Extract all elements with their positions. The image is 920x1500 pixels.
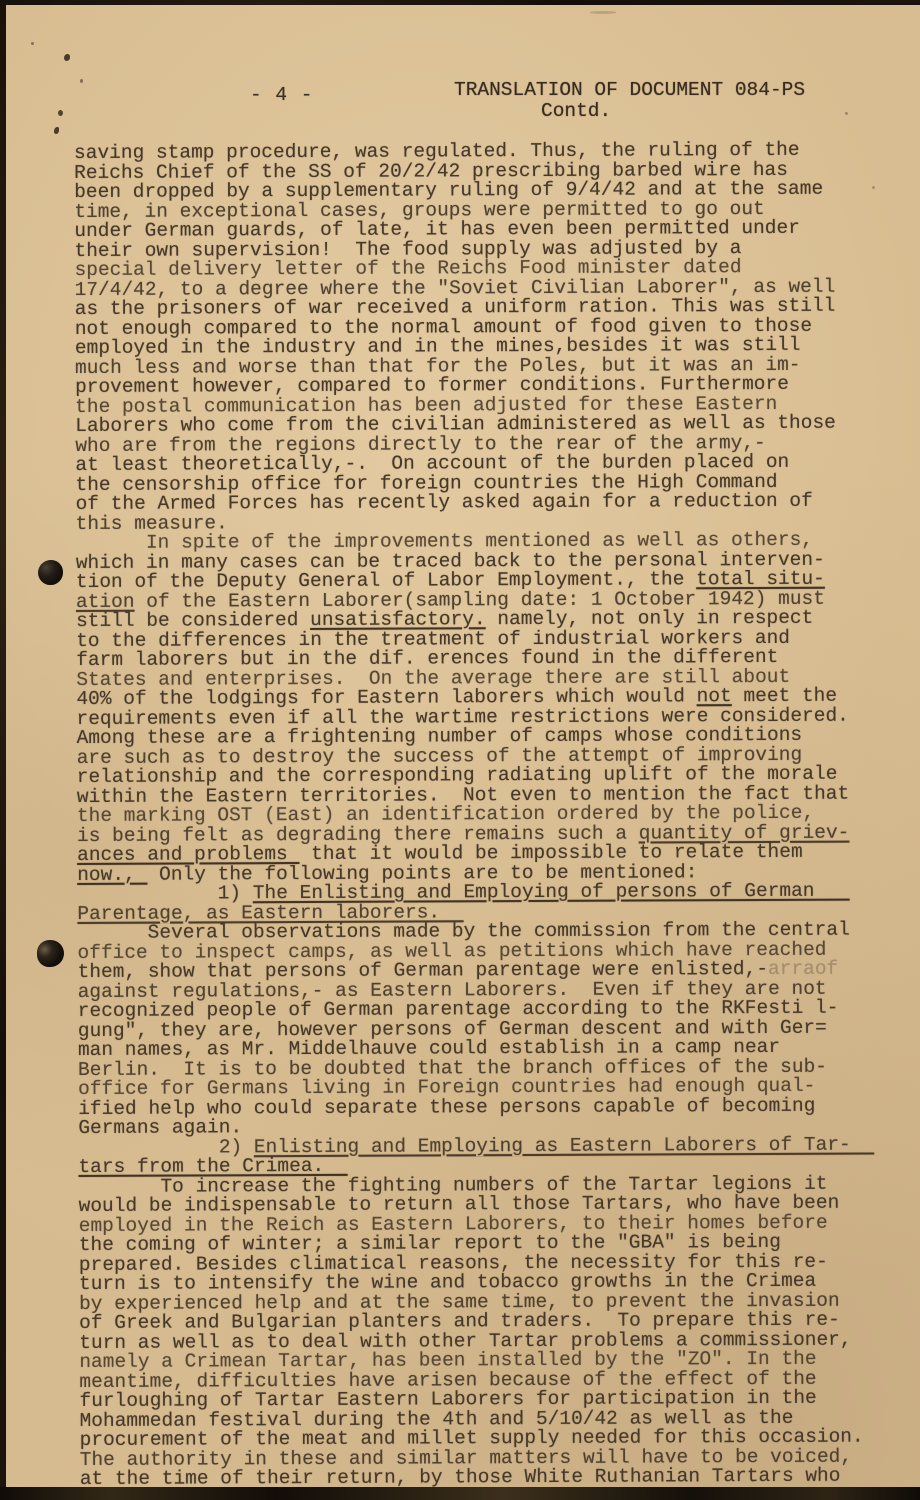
scanned-document-page: - 4 - TRANSLATION OF DOCUMENT 084-PS Con… [0,0,920,1500]
document-header-title: TRANSLATION OF DOCUMENT 084-PS [454,79,805,101]
text-segment: by experienced help and at the same time… [79,1289,840,1314]
ink-speck [54,127,59,134]
document-line: 17/4/42, to a degree where the "Soviet C… [75,277,871,300]
text-segment: meantime, difficulties have arisen becau… [79,1367,816,1392]
text-segment: 2) [78,1136,254,1159]
document-header-subtitle: Contd. [541,100,611,122]
document-line: against regulations,- as Eastern Laborer… [78,979,874,1002]
document-line: 2) Enlisting and Employing as Eastern La… [78,1135,874,1158]
document-line: who are from the regions directly to the… [75,433,871,456]
ink-speck [80,79,83,83]
document-line: ation of the Eastern Laborer(sampling da… [76,589,872,612]
text-segment: The authority in these and similar matte… [80,1445,852,1470]
text-segment: 17/4/42, to a degree where the "Soviet C… [75,275,836,300]
document-line: are such as to destroy the success of th… [77,745,873,768]
ink-speck [64,54,70,61]
text-segment: employed in the Reich as Eastern Laborer… [79,1211,828,1236]
ink-speck [31,42,34,45]
page-number: - 4 - [250,84,314,106]
document-line: office to inspect camps, as well as peti… [77,940,873,963]
document-line: much less and worse than that for the Po… [75,355,871,378]
document-line: In spite of the improvements mentioned a… [76,531,872,554]
document-line: the postal communication has been adjust… [75,394,871,417]
document-line: office for Germans living in Foreign cou… [78,1077,874,1100]
hole-punch [38,560,63,585]
text-segment: is being felt as degrading there remains… [77,822,639,846]
scan-edge-left [0,0,6,1500]
text-segment: office to inspect camps, as well as peti… [77,938,826,963]
text-segment: who are from the regions directly to the… [75,431,766,456]
text-segment: time, in exceptional cases, groups were … [74,197,765,222]
document-line: employed in the Reich as Eastern Laborer… [79,1213,875,1236]
underlined-text: quantity of griev- [639,821,850,844]
ink-speck [58,110,63,116]
text-segment: the postal communication has been adjust… [75,392,777,417]
text-segment: against regulations,- as Eastern Laborer… [78,977,827,1002]
document-body: saving stamp procedure, was regulated. T… [74,141,876,1490]
document-line: meantime, difficulties have arisen becau… [79,1369,875,1392]
text-segment: are such as to destroy the success of th… [77,743,803,768]
text-segment: States and enterprises. On the average t… [76,665,790,690]
document-line: time, in exceptional cases, groups were … [74,199,870,222]
text-segment: office for Germans living in Foreign cou… [78,1075,815,1100]
underlined-text: Enlisting and Employing as Eastern Labor… [254,1133,874,1158]
text-segment: of the Eastern Laborer(sampling date: 1 … [134,587,825,612]
document-line: States and enterprises. On the average t… [76,667,872,690]
text-segment: much less and worse than that for the Po… [75,353,801,378]
underlined-text: ation [76,590,135,612]
ink-speck [845,112,848,115]
ink-speck [590,11,616,14]
text-segment: In spite of the improvements mentioned a… [76,529,813,554]
hole-punch [37,940,64,967]
scan-edge-top [0,0,920,5]
document-line: is being felt as degrading there remains… [77,823,873,846]
document-line: by experienced help and at the same time… [79,1291,875,1314]
underlined-text: Parentage, as Eastern laborers. [77,901,463,925]
document-line: Parentage, as Eastern laborers. [77,901,873,924]
ink-speck [872,186,875,189]
document-line: The authority in these and similar matte… [80,1447,876,1470]
